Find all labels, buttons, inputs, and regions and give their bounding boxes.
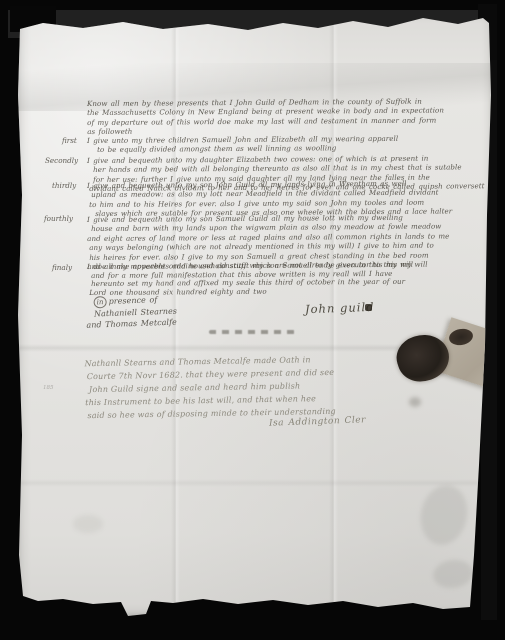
circled-word: in <box>93 296 106 308</box>
photographed-manuscript: first Secondly thirdly fourthly finaly K… <box>0 0 505 640</box>
closing-paragraph: I doe make apparent ordaine and constitu… <box>87 261 428 298</box>
manuscript-paper: first Secondly thirdly fourthly finaly K… <box>13 15 493 618</box>
ink-bleedthrough <box>73 515 103 533</box>
ink-bleedthrough <box>415 481 472 549</box>
ink-smudge <box>409 397 421 407</box>
margin-label-first: first <box>62 136 77 145</box>
margin-label-secondly: Secondly <box>45 156 78 165</box>
attestation-block: Nathanll Stearns and Thomas Metcalfe mad… <box>84 353 336 422</box>
ink-bleedthrough <box>431 557 475 590</box>
will-line: to be equally divided amongst them as we… <box>87 143 398 155</box>
margin-label-finaly: finaly <box>52 263 72 272</box>
clerk-signature: Isa Addington Cler <box>269 415 366 428</box>
signature-seal-mark <box>365 304 372 311</box>
witness-heading-text: presence of <box>108 295 157 306</box>
margin-label-thirdly: thirdly <box>52 181 76 190</box>
opening-paragraph: Know all men by these presents that I Jo… <box>87 97 444 137</box>
fold-crease <box>13 479 493 487</box>
bequest-first: I give unto my three children Samuell Jo… <box>87 134 398 155</box>
pencil-annotation: 185 <box>43 385 54 391</box>
ink-smudge-row <box>209 330 295 334</box>
margin-label-fourthly: fourthly <box>44 214 73 223</box>
witness-signature-2: and Thomas Metcalfe <box>86 317 177 331</box>
witness-block: inpresence of Nathaniell Stearnes and Th… <box>93 294 177 331</box>
